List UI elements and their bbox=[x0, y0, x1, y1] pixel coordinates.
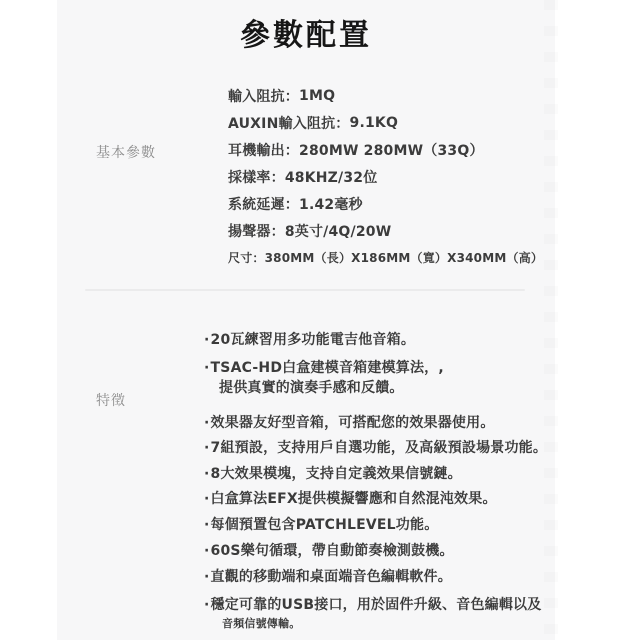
feature-item: ·白盒算法EFX提供模擬響應和自然混沌效果。 bbox=[204, 489, 556, 509]
feature-item: ·60S樂句循環，帶自動節奏檢測鼓機。 bbox=[204, 541, 556, 561]
feature-item: ·直觀的移動端和桌面端音色編輯軟件。 bbox=[204, 567, 556, 587]
feature-text: 白盒算法EFX提供模擬響應和自然混沌效果。 bbox=[211, 491, 497, 507]
spec-label: 輸入阻抗： bbox=[228, 86, 299, 106]
feature-text: 直觀的移動端和桌面端音色編輯軟件。 bbox=[211, 569, 452, 585]
bullet-dot: · bbox=[204, 332, 210, 348]
feature-item: ·7組預設，支持用戶自選功能，及高級預設場景功能。 bbox=[204, 438, 556, 458]
spec-label: 採樣率： bbox=[228, 167, 285, 187]
feature-item: ·每個預置包含PATCHLEVEL功能。 bbox=[204, 515, 556, 535]
spec-row-dimensions: 尺寸：380MM（長）X186MM（寬）X340MM（高） bbox=[228, 244, 548, 271]
spec-row-system-latency: 系統延遲：1.42毫秒 bbox=[228, 190, 548, 217]
spec-value: 380MM（長）X186MM（寬）X340MM（高） bbox=[265, 249, 544, 266]
section-label-features: 特徵 bbox=[96, 391, 126, 411]
spec-label: 揚聲器： bbox=[228, 221, 285, 241]
feature-text: 20瓦練習用多功能電吉他音箱。 bbox=[211, 332, 415, 348]
feature-item: ·TSAC-HD白盒建模音箱建模算法，, 提供真實的演奏手感和反饋。 bbox=[204, 358, 556, 398]
bullet-dot: · bbox=[204, 543, 210, 559]
feature-text: TSAC-HD白盒建模音箱建模算法，, bbox=[211, 360, 444, 376]
feature-text-wrap: 提供真實的演奏手感和反饋。 bbox=[204, 378, 556, 398]
spec-label: 尺寸： bbox=[228, 249, 265, 266]
feature-item: ·20瓦練習用多功能電吉他音箱。 bbox=[204, 330, 556, 350]
feature-text: 7組預設，支持用戶自選功能，及高級預設場景功能。 bbox=[211, 440, 548, 456]
spec-row-sample-rate: 採樣率：48KHZ/32位 bbox=[228, 163, 548, 190]
spec-sheet-page: 參數配置 基本參數 輸入阻抗：1MQ AUXIN輸入阻抗：9.1KQ 耳機輸出：… bbox=[0, 0, 640, 640]
feature-text: 8大效果模塊，支持自定義效果信號鏈。 bbox=[211, 466, 462, 482]
spec-label: 系統延遲： bbox=[228, 194, 299, 214]
feature-text: 效果器友好型音箱，可搭配您的效果器使用。 bbox=[211, 415, 495, 431]
spec-row-input-impedance: 輸入阻抗：1MQ bbox=[228, 82, 548, 109]
bullet-dot: · bbox=[204, 517, 210, 533]
feature-text: 60S樂句循環，帶自動節奏檢測鼓機。 bbox=[211, 543, 454, 559]
bullet-dot: · bbox=[204, 569, 210, 585]
spec-row-auxin-impedance: AUXIN輸入阻抗：9.1KQ bbox=[228, 109, 548, 136]
spec-label: AUXIN輸入阻抗： bbox=[228, 113, 350, 133]
bullet-dot: · bbox=[204, 597, 210, 613]
feature-item: ·穩定可靠的USB接口，用於固件升級、音色編輯以及 音頻信號傳輸。 bbox=[204, 595, 556, 632]
spec-list: 輸入阻抗：1MQ AUXIN輸入阻抗：9.1KQ 耳機輸出：280MW 280M… bbox=[228, 82, 548, 271]
spec-value: 280MW 280MW（33Q） bbox=[299, 140, 484, 160]
spec-value: 8英寸/4Q/20W bbox=[285, 221, 392, 241]
spec-row-speaker: 揚聲器：8英寸/4Q/20W bbox=[228, 217, 548, 244]
feature-text: 穩定可靠的USB接口，用於固件升級、音色編輯以及 bbox=[211, 597, 542, 613]
bullet-dot: · bbox=[204, 360, 210, 376]
feature-text: 每個預置包含PATCHLEVEL功能。 bbox=[211, 517, 439, 533]
section-divider bbox=[85, 289, 525, 291]
spec-value: 1.42毫秒 bbox=[299, 194, 363, 214]
spec-value: 9.1KQ bbox=[350, 115, 399, 131]
bullet-dot: · bbox=[204, 491, 210, 507]
spec-sheet-panel: 參數配置 基本參數 輸入阻抗：1MQ AUXIN輸入阻抗：9.1KQ 耳機輸出：… bbox=[57, 0, 555, 640]
feature-item: ·效果器友好型音箱，可搭配您的效果器使用。 bbox=[204, 413, 556, 433]
bullet-dot: · bbox=[204, 440, 210, 456]
spec-label: 耳機輸出： bbox=[228, 140, 299, 160]
bullet-dot: · bbox=[204, 415, 210, 431]
section-label-basic-params: 基本參數 bbox=[96, 143, 156, 163]
page-title: 參數配置 bbox=[57, 10, 555, 54]
spec-value: 1MQ bbox=[299, 88, 335, 104]
spec-row-headphone-output: 耳機輸出：280MW 280MW（33Q） bbox=[228, 136, 548, 163]
spec-value: 48KHZ/32位 bbox=[285, 167, 378, 187]
bullet-dot: · bbox=[204, 466, 210, 482]
feature-text-wrap: 音頻信號傳輸。 bbox=[204, 615, 556, 632]
feature-item: ·8大效果模塊，支持自定義效果信號鏈。 bbox=[204, 464, 556, 484]
